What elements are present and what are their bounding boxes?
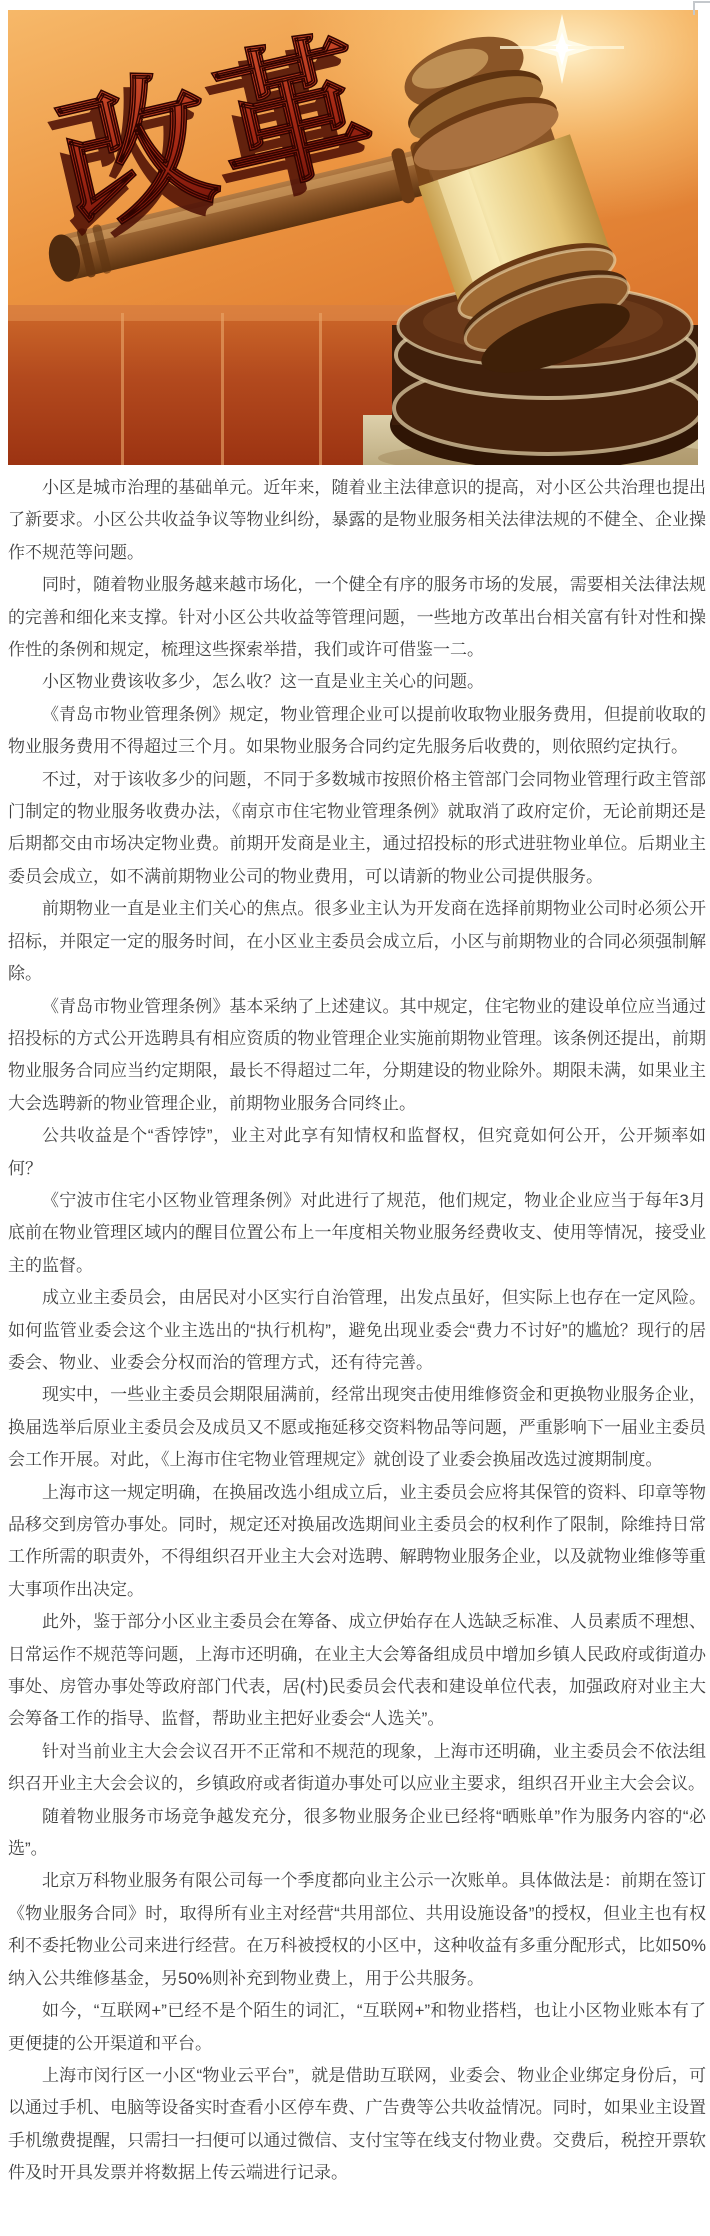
article-paragraph: 上海市闵行区一小区“物业云平台”，就是借助互联网，业委会、物业企业绑定身份后，可… bbox=[8, 2060, 706, 2190]
article-hero-image: 改革 改革 bbox=[8, 10, 698, 465]
article-paragraph: 公共收益是个“香饽饽”，业主对此享有知情权和监督权，但究竟如何公开，公开频率如何… bbox=[8, 1120, 706, 1185]
article-paragraph: 针对当前业主大会会议召开不正常和不规范的现象，上海市还明确，业主委员会不依法组织… bbox=[8, 1736, 706, 1801]
article-paragraph: 《青岛市物业管理条例》规定，物业管理企业可以提前收取物业服务费用，但提前收取的物… bbox=[8, 699, 706, 764]
article-paragraph: 如今，“互联网+”已经不是个陌生的词汇，“互联网+”和物业搭档，也让小区物业账本… bbox=[8, 1995, 706, 2060]
corner-artifact bbox=[693, 1, 710, 15]
article-paragraph: 此外，鉴于部分小区业主委员会在筹备、成立伊始存在人选缺乏标准、人员素质不理想、日… bbox=[8, 1606, 706, 1736]
article-paragraph: 成立业主委员会，由居民对小区实行自治管理，出发点虽好，但实际上也存在一定风险。如… bbox=[8, 1282, 706, 1379]
article-paragraph: 北京万科物业服务有限公司每一个季度都向业主公示一次账单。具体做法是：前期在签订《… bbox=[8, 1865, 706, 1995]
article-paragraph: 小区是城市治理的基础单元。近年来，随着业主法律意识的提高，对小区公共治理也提出了… bbox=[8, 472, 706, 569]
article-paragraph: 随着物业服务市场竞争越发充分，很多物业服务企业已经将“晒账单”作为服务内容的“必… bbox=[8, 1801, 706, 1866]
article-paragraph: 不过，对于该收多少的问题，不同于多数城市按照价格主管部门会同物业管理行政主管部门… bbox=[8, 764, 706, 894]
article-paragraph: 上海市这一规定明确，在换届改选小组成立后，业主委员会应将其保管的资料、印章等物品… bbox=[8, 1477, 706, 1607]
article-paragraph: 小区物业费该收多少，怎么收？这一直是业主关心的问题。 bbox=[8, 666, 706, 698]
article-paragraph: 同时，随着物业服务越来越市场化，一个健全有序的服务市场的发展，需要相关法律法规的… bbox=[8, 569, 706, 666]
article-paragraph: 现实中，一些业主委员会期限届满前，经常出现突击使用维修资金和更换物业服务企业，换… bbox=[8, 1379, 706, 1476]
reform-gavel-illustration: 改革 改革 bbox=[8, 10, 698, 465]
article-body: 小区是城市治理的基础单元。近年来，随着业主法律意识的提高，对小区公共治理也提出了… bbox=[0, 465, 710, 2236]
article-paragraph: 前期物业一直是业主们关心的焦点。很多业主认为开发商在选择前期物业公司时必须公开招… bbox=[8, 893, 706, 990]
article-paragraph: 《青岛市物业管理条例》基本采纳了上述建议。其中规定，住宅物业的建设单位应当通过招… bbox=[8, 991, 706, 1121]
article-paragraph: 《宁波市住宅小区物业管理条例》对此进行了规范，他们规定，物业企业应当于每年3月底… bbox=[8, 1185, 706, 1282]
